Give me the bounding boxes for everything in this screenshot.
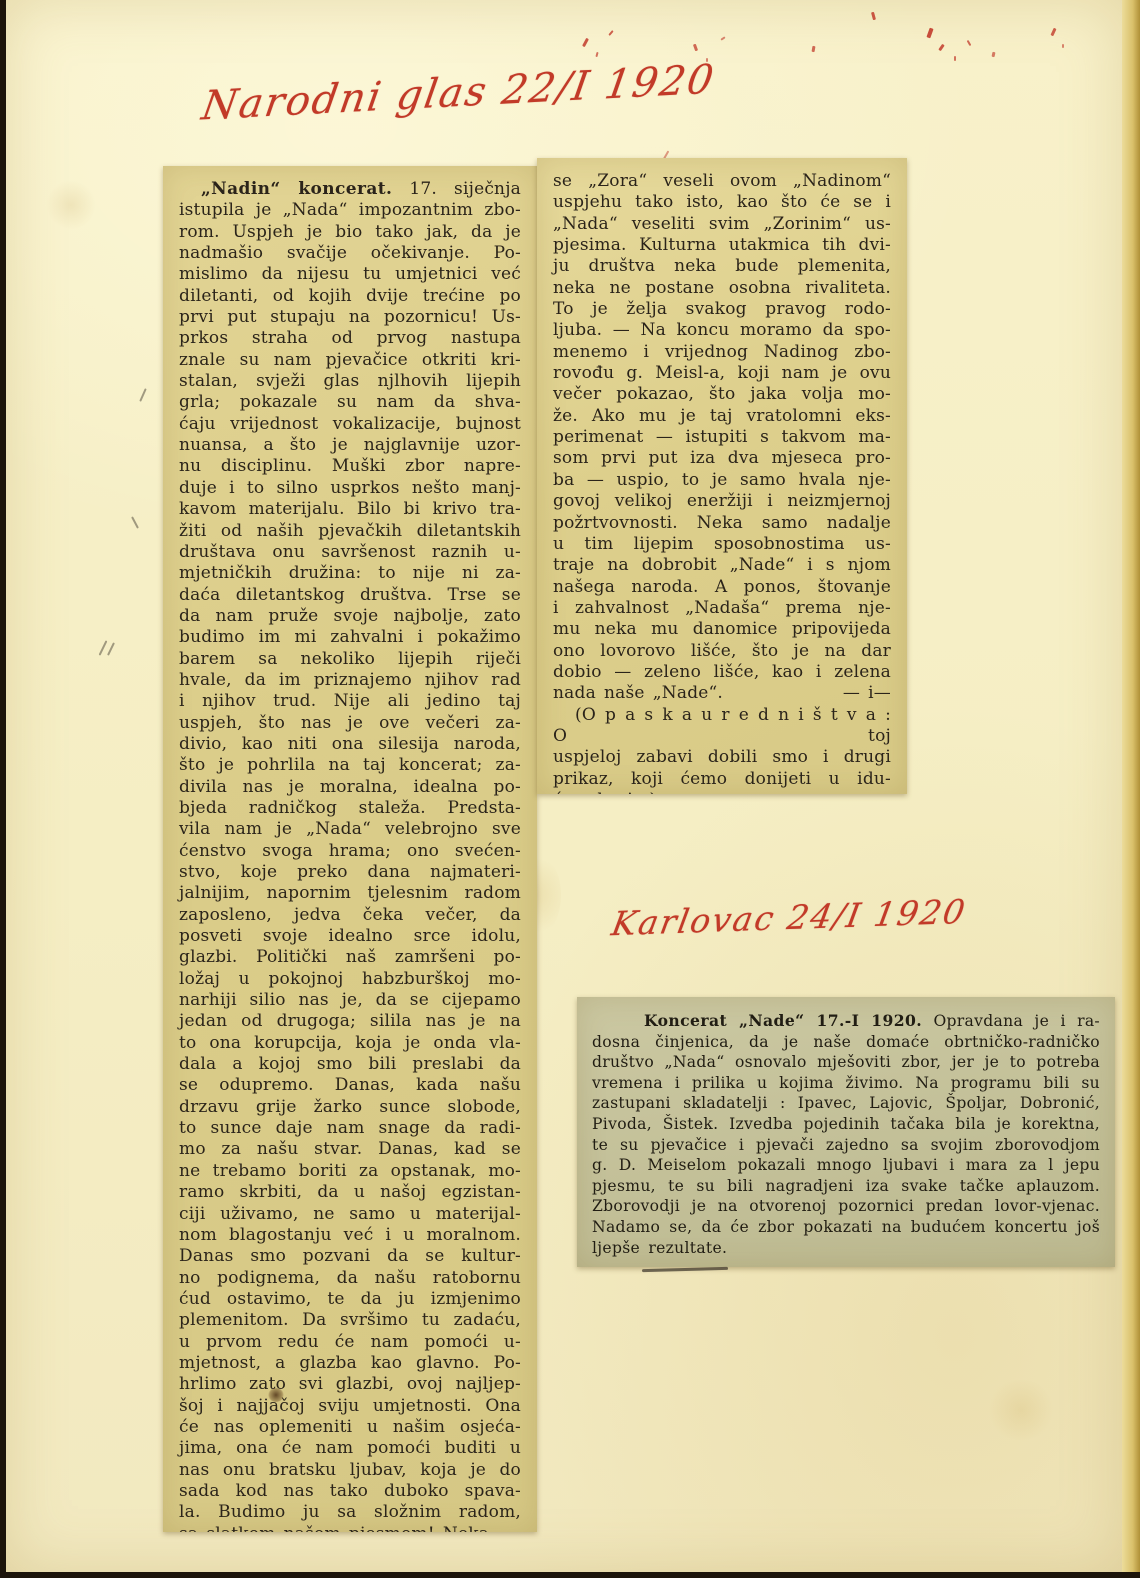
text-line: Zborovodji je na otvorenoj pozornici pre… [592,1196,1100,1217]
newspaper-clipping-right-column: se „Zora“ veseli ovom „Nadinom“uspjehu t… [537,158,907,794]
text-line: plemenitom. Da svršimo tu zadaću, [179,1310,521,1331]
article-lead-rest: Opravdana je i ra- [922,1012,1100,1030]
pencil-mark [131,516,139,528]
text-line: što je pohrlila na taj koncerat; za- [179,755,521,776]
newspaper-clipping-left-column: „Nadin“ koncerat. 17. siječnja istupila … [163,166,537,1532]
text-line: rovođu g. Meisl-a, koji nam je ovu [553,363,891,384]
text-line: barem sa nekoliko lijepih riječi [179,649,521,670]
text-line: znale su nam pjevačice otkriti kri- [179,350,521,371]
text-line: istupila je „Nada“ impozantnim zbo- [179,200,521,221]
text-line: ćaju vrijednost vokalizacije, bujnost [179,414,521,435]
article-title: „Nadin“ koncerat. [201,179,392,199]
text-line: prvi put stupaju na pozornicu! Us- [179,307,521,328]
text-line: pjesmu, te su bili nagradjeni iza svake … [592,1176,1100,1197]
text-line: kavom materijalu. Bilo bi krivo tra- [179,499,521,520]
text-line: jalnijim, napornim tjelesnim radom [179,883,521,904]
text-line: nom blagostanju već i u moralnom. [179,1225,521,1246]
ink-spatter [1062,44,1064,48]
text-line: uspjehu tako isto, kao što će se i [553,192,891,213]
ink-spatter [992,52,996,58]
text-line: to ona korupcija, koja je onda vla- [179,1033,521,1054]
text-line: grla; pokazale su nam da shva- [179,392,521,413]
ink-spatter [1050,28,1056,37]
page-edge [1122,0,1140,1572]
pencil-mark [99,640,108,655]
signature-initial: — i— [843,683,891,704]
text-line: mjetnost, a glazba kao glavno. Po- [179,1353,521,1374]
text-line: To je želja svakog pravog rodo- [553,299,891,320]
text-line: Pivoda, Šistek. Izvedba pojedinih tačaka… [592,1114,1100,1135]
text-line: mjetničkih družina: to nije ni za- [179,563,521,584]
signature-dash [642,1267,728,1272]
text-line: „Nada“ veseliti svim „Zorinim“ us- [553,214,891,235]
text-line: bjeda radničkog staleža. Predsta- [179,798,521,819]
album-page: Narodni glas 22/I 1920 „Nadin“ koncerat.… [6,0,1122,1572]
text-line: vremena i prilika u kojima živimo. Na pr… [592,1073,1100,1094]
text-line: hvale, da im priznajemo njihov rad [179,670,521,691]
text-line: stvo, koje preko dana najmateri- [179,862,521,883]
text-line: la. Budimo ju sa složnim radom, [179,1502,521,1523]
ink-spatter [967,40,972,46]
article-lead-line: „Nadin“ koncerat. 17. siječnja [179,179,521,200]
text-line: nu disciplinu. Muški zbor napre- [179,456,521,477]
handwritten-note-top: Narodni glas 22/I 1920 [199,56,719,129]
article-lead-line: Koncerat „Nade“ 17.-I 1920. Opravdana je… [592,1011,1100,1032]
text-line: nadmašio svačije očekivanje. Po- [179,243,521,264]
text-line: žiti od naših pjevačkih diletantskih [179,521,521,542]
paper-stain [46,180,96,230]
text-line: prkos straha od prvog nastupa [179,328,521,349]
text-line: (O p a s k a u r e d n i š t v a : O toj [553,705,891,748]
ink-spatter [693,44,698,52]
text-line: ciji uživamo, ne samo u materijal- [179,1204,521,1225]
text-line: društvo „Nada“ osnovalo mješoviti zbor, … [592,1052,1100,1073]
text-line: požrtvovnosti. Neka samo nadalje [553,513,891,534]
text-line: pjesima. Kulturna utakmica tih dvi- [553,235,891,256]
text-line: divio, kao niti ona silesija naroda, [179,734,521,755]
text-line: traje na dobrobit „Nade“ i s njom [553,555,891,576]
text-line: to sunce daje nam snage da radi- [179,1118,521,1139]
text-line: govoj velikoj eneržiji i neizmjernoj [553,491,891,512]
text-line: u tim lijepim sposobnostima us- [553,534,891,555]
ink-spatter [812,46,816,52]
text-line: ćenstvo svoga hrama; ono svećen- [179,841,521,862]
article-lead-rest: 17. siječnja [392,179,521,199]
text-line: ju društva neka bude plemenita, [553,256,891,277]
text-line: stalan, svježi glas njlhovih lijepih [179,371,521,392]
text-line: ramo skrbiti, da u našoj egzistan- [179,1182,521,1203]
ink-spatter [582,38,589,47]
text-line: nuansa, a što je najglavnije uzor- [179,435,521,456]
text-line: ljepše rezultate. [592,1238,1100,1259]
text-line: narhiji silio nas je, da se cijepamo [179,990,521,1011]
text-line: da nam pruže svoje najbolje, zato [179,606,521,627]
text-line: uspjeloj zabavi dobili smo i drugi [553,747,891,768]
text-line: som prvi put iza dva mjeseca pro- [553,448,891,469]
pencil-mark [139,388,147,402]
ink-spatter [720,36,725,41]
text-line: budimo im mi zahvalni i pokažimo [179,627,521,648]
text-line: jima, ona će nam pomoći buditi u [179,1438,521,1459]
text-line: u prvom redu će nam pomoći u- [179,1332,521,1353]
text-line: diletanti, od kojih dvije trećine po [179,286,521,307]
text-line: šoj i najjačoj sviju umjetnosti. Ona [179,1396,521,1417]
text-line: sada kod nas tako duboko spava- [179,1481,521,1502]
article-title: Koncerat „Nade“ 17.-I 1920. [644,1011,922,1030]
newspaper-clipping-bottom: Koncerat „Nade“ 17.-I 1920. Opravdana je… [577,997,1115,1267]
pencil-mark [107,642,115,655]
ink-spatter [595,52,598,57]
paper-stain [986,1380,1056,1440]
text-line: ćud ostavimo, te da ju izmjenimo [179,1289,521,1310]
text-line: Danas smo pozvani da se kultur- [179,1246,521,1267]
text-line: se „Zora“ veseli ovom „Nadinom“ [553,171,891,192]
text-line: mislimo da nijesu tu umjetnici već [179,264,521,285]
editor-note: (O p a s k a u r e d n i š t v a : O toj… [553,705,891,794]
text-line: ne trebamo boriti za opstanak, mo- [179,1161,521,1182]
text-line: prikaz, koji ćemo donijeti u idu- [553,769,891,790]
article-signature-line: nada naše „Nade“.— i— [553,683,891,704]
article-body: dosna činjenica, da je naše domaće obrtn… [592,1032,1100,1259]
text-line: ba — uspio, to je samo hvala nje- [553,470,891,491]
text-column: „Nadin“ koncerat. 17. siječnja istupila … [163,166,537,1532]
text-line: rom. Uspjeh je bio tako jak, da je [179,222,521,243]
ink-spatter [938,44,944,51]
text-line: dala a kojoj smo bili preslabi da [179,1054,521,1075]
text-line: dosna činjenica, da je naše domaće obrtn… [592,1032,1100,1053]
text-line: vila nam je „Nada“ velebrojno sve [179,819,521,840]
ink-spatter [954,56,956,61]
text-line: neka ne postane osobna rivaliteta. [553,278,891,299]
ink-spatter [608,30,613,36]
text-line: ljuba. — Na koncu moramo da spo- [553,320,891,341]
text-column: Koncerat „Nade“ 17.-I 1920. Opravdana je… [577,997,1115,1267]
text-line: društava onu savršenost raznih u- [179,542,521,563]
text-line: te su pjevačice i pjevači zajedno sa svo… [592,1135,1100,1156]
handwritten-note-middle: Karlovac 24/I 1920 [609,892,970,944]
text-line: zastupani skladatelji : Ipavec, Lajovic,… [592,1093,1100,1114]
text-line: i njihov trud. Nije ali jedino taj [179,691,521,712]
text-line: i zahvalnost „Nadaša“ prema nje- [553,598,891,619]
text-line: že. Ako mu je taj vratolomni eks- [553,406,891,427]
text-line: će nas oplemeniti u našim osjeća- [179,1417,521,1438]
text-line: Nadamo se, da će zbor pokazati na buduće… [592,1217,1100,1238]
signature-left-text: nada naše „Nade“. [553,683,723,704]
ink-spatter [871,12,876,21]
text-line: večer pokazao, što jaka volja mo- [553,384,891,405]
text-line: hrlimo zato svi glazbi, ovoj najljep- [179,1374,521,1395]
text-line: dobio — zeleno lišće, kao i zelena [553,662,891,683]
text-line: drzavu grije žarko sunce slobode, [179,1097,521,1118]
text-column: se „Zora“ veseli ovom „Nadinom“uspjehu t… [537,158,907,794]
text-line: daća diletantskog društva. Trse se [179,585,521,606]
text-line: nas onu bratsku ljubav, koja je do [179,1460,521,1481]
text-line: g. D. Meiselom pokazali mnogo ljubavi i … [592,1155,1100,1176]
ink-spatter [926,28,933,39]
text-line: se odupremo. Danas, kada našu [179,1075,521,1096]
text-line: sa slatkom našom pjesmom! Neka [179,1524,521,1532]
text-line: divila nas je moralna, idealna po- [179,777,521,798]
text-line: glazbi. Politički naš zamršeni po- [179,947,521,968]
text-line: duje i to silno usprkos nešto manj- [179,478,521,499]
text-line: mo za našu stvar. Danas, kad se [179,1139,521,1160]
text-line: našega naroda. A ponos, štovanje [553,577,891,598]
article-body-left: istupila je „Nada“ impozantnim zbo-rom. … [179,200,521,1532]
text-line: ono lovorovo lišće, što je na dar [553,641,891,662]
text-line: ložaj u pokojnoj habzburškoj mo- [179,969,521,990]
text-line: mu neka mu danomice pripovijeda [553,619,891,640]
text-line: zaposleno, jedva čeka večer, da [179,905,521,926]
text-line: ćem broju.) [553,790,891,794]
text-line: posveti svoje idealno srce idolu, [179,926,521,947]
text-line: uspjeh, što nas je ove večeri za- [179,713,521,734]
text-line: perimenat — istupiti s takvom ma- [553,427,891,448]
text-line: menemo i vrijednog Nadinog zbo- [553,342,891,363]
article-body-right-a: se „Zora“ veseli ovom „Nadinom“uspjehu t… [553,171,891,683]
text-line: jedan od drugoga; silila nas je na [179,1011,521,1032]
text-line: no podignema, da našu ratobornu [179,1268,521,1289]
